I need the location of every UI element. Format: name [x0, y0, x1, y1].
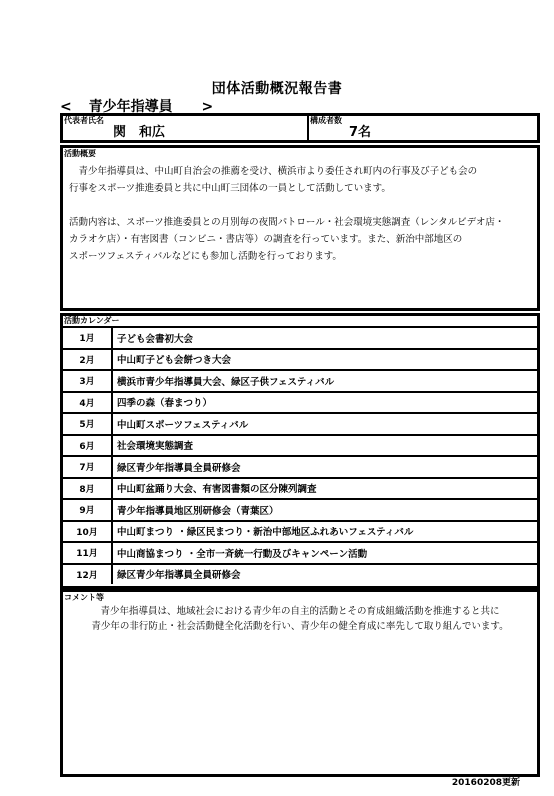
calendar-month: 10月 — [63, 521, 112, 543]
calendar-event: 中山町スポーツフェスティバル — [112, 413, 537, 435]
calendar-row: 6月社会環境実態調査 — [63, 435, 537, 457]
calendar-row: 11月中山商協まつり ・全市一斉統一行動及びキャンペーン活動 — [63, 542, 537, 564]
calendar-event: 緑区青少年指導員全員研修会 — [112, 564, 537, 585]
calendar-month: 3月 — [63, 370, 112, 392]
calendar-row: 10月中山町まつり ・緑区民まつり・新治中部地区ふれあいフェスティバル — [63, 521, 537, 543]
calendar-event: 四季の森（春まつり） — [112, 392, 537, 414]
updated-date: 20160208更新 — [452, 775, 520, 788]
representative-cell: 代表者氏名 関 和広 — [63, 116, 309, 140]
calendar-row: 7月緑区青少年指導員全員研修会 — [63, 456, 537, 478]
calendar-month: 2月 — [63, 349, 112, 371]
summary-line: 行事をスポーツ推進委員と共に中山町三団体の一員として活動しています。 — [69, 180, 531, 197]
summary-line: 青少年指導員は、中山町自治会の推薦を受け、横浜市より委任され町内の行事及び子ども… — [69, 163, 531, 180]
calendar-row: 2月中山町子ども会餅つき大会 — [63, 349, 537, 371]
calendar-row: 5月中山町スポーツフェスティバル — [63, 413, 537, 435]
calendar-event: 横浜市青少年指導員大会、緑区子供フェスティバル — [112, 370, 537, 392]
calendar-month: 9月 — [63, 499, 112, 521]
comment-line: 青少年指導員は、地域社会における青少年の自主的活動とその育成組織活動を推進すると… — [63, 604, 537, 619]
calendar-event: 中山町子ども会餅つき大会 — [112, 349, 537, 371]
document-title: 団体活動概況報告書 — [0, 78, 554, 98]
summary-text: 青少年指導員は、中山町自治会の推薦を受け、横浜市より委任され町内の行事及び子ども… — [69, 163, 531, 265]
calendar-event: 子ども会書初大会 — [112, 328, 537, 349]
representative-value: 関 和広 — [113, 125, 165, 140]
calendar-event: 中山町まつり ・緑区民まつり・新治中部地区ふれあいフェスティバル — [112, 521, 537, 543]
comment-label: コメント等 — [64, 593, 104, 602]
header-info-box: 代表者氏名 関 和広 構成者数 7名 — [60, 113, 540, 143]
members-value: 7名 — [349, 125, 371, 140]
members-label: 構成者数 — [310, 116, 342, 125]
calendar-month: 6月 — [63, 435, 112, 457]
calendar-row: 9月青少年指導員地区別研修会（青葉区） — [63, 499, 537, 521]
calendar-month: 8月 — [63, 478, 112, 500]
calendar-event: 中山商協まつり ・全市一斉統一行動及びキャンペーン活動 — [112, 542, 537, 564]
comment-box: コメント等 青少年指導員は、地域社会における青少年の自主的活動とその育成組織活動… — [60, 589, 540, 777]
calendar-month: 11月 — [63, 542, 112, 564]
calendar-row: 1月子ども会書初大会 — [63, 328, 537, 349]
calendar-row: 12月緑区青少年指導員全員研修会 — [63, 564, 537, 585]
representative-label: 代表者氏名 — [64, 116, 104, 125]
comment-text: 青少年指導員は、地域社会における青少年の自主的活動とその育成組織活動を推進すると… — [63, 604, 537, 634]
calendar-table: 1月子ども会書初大会 2月中山町子ども会餅つき大会 3月横浜市青少年指導員大会、… — [63, 328, 537, 584]
calendar-row: 8月中山町盆踊り大会、有害図書類の区分陳列調査 — [63, 478, 537, 500]
activity-summary-box: 活動概要 青少年指導員は、中山町自治会の推薦を受け、横浜市より委任され町内の行事… — [60, 145, 540, 311]
calendar-event: 社会環境実態調査 — [112, 435, 537, 457]
calendar-month: 7月 — [63, 456, 112, 478]
calendar-month: 5月 — [63, 413, 112, 435]
calendar-event: 緑区青少年指導員全員研修会 — [112, 456, 537, 478]
calendar-month: 4月 — [63, 392, 112, 414]
calendar-event: 中山町盆踊り大会、有害図書類の区分陳列調査 — [112, 478, 537, 500]
calendar-month: 1月 — [63, 328, 112, 349]
calendar-event: 青少年指導員地区別研修会（青葉区） — [112, 499, 537, 521]
summary-label: 活動概要 — [64, 149, 96, 158]
comment-line: 青少年の非行防止・社会活動健全化活動を行い、青少年の健全育成に率先して取り組んで… — [63, 619, 537, 634]
calendar-month: 12月 — [63, 564, 112, 585]
activity-calendar-box: 活動カレンダー 1月子ども会書初大会 2月中山町子ども会餅つき大会 3月横浜市青… — [60, 313, 540, 589]
summary-line: カラオケ店）・有害図書（コンビニ・書店等）の調査を行っています。また、新治中部地… — [69, 231, 531, 248]
summary-line: スポーツフェスティバルなどにも参加し活動を行っております。 — [69, 248, 531, 265]
calendar-label: 活動カレンダー — [63, 316, 537, 328]
calendar-row: 3月横浜市青少年指導員大会、緑区子供フェスティバル — [63, 370, 537, 392]
members-cell: 構成者数 7名 — [309, 116, 537, 140]
summary-line: 活動内容は、スポーツ推進委員との月別毎の夜間パトロール・社会環境実態調査（レンタ… — [69, 214, 531, 231]
calendar-row: 4月四季の森（春まつり） — [63, 392, 537, 414]
